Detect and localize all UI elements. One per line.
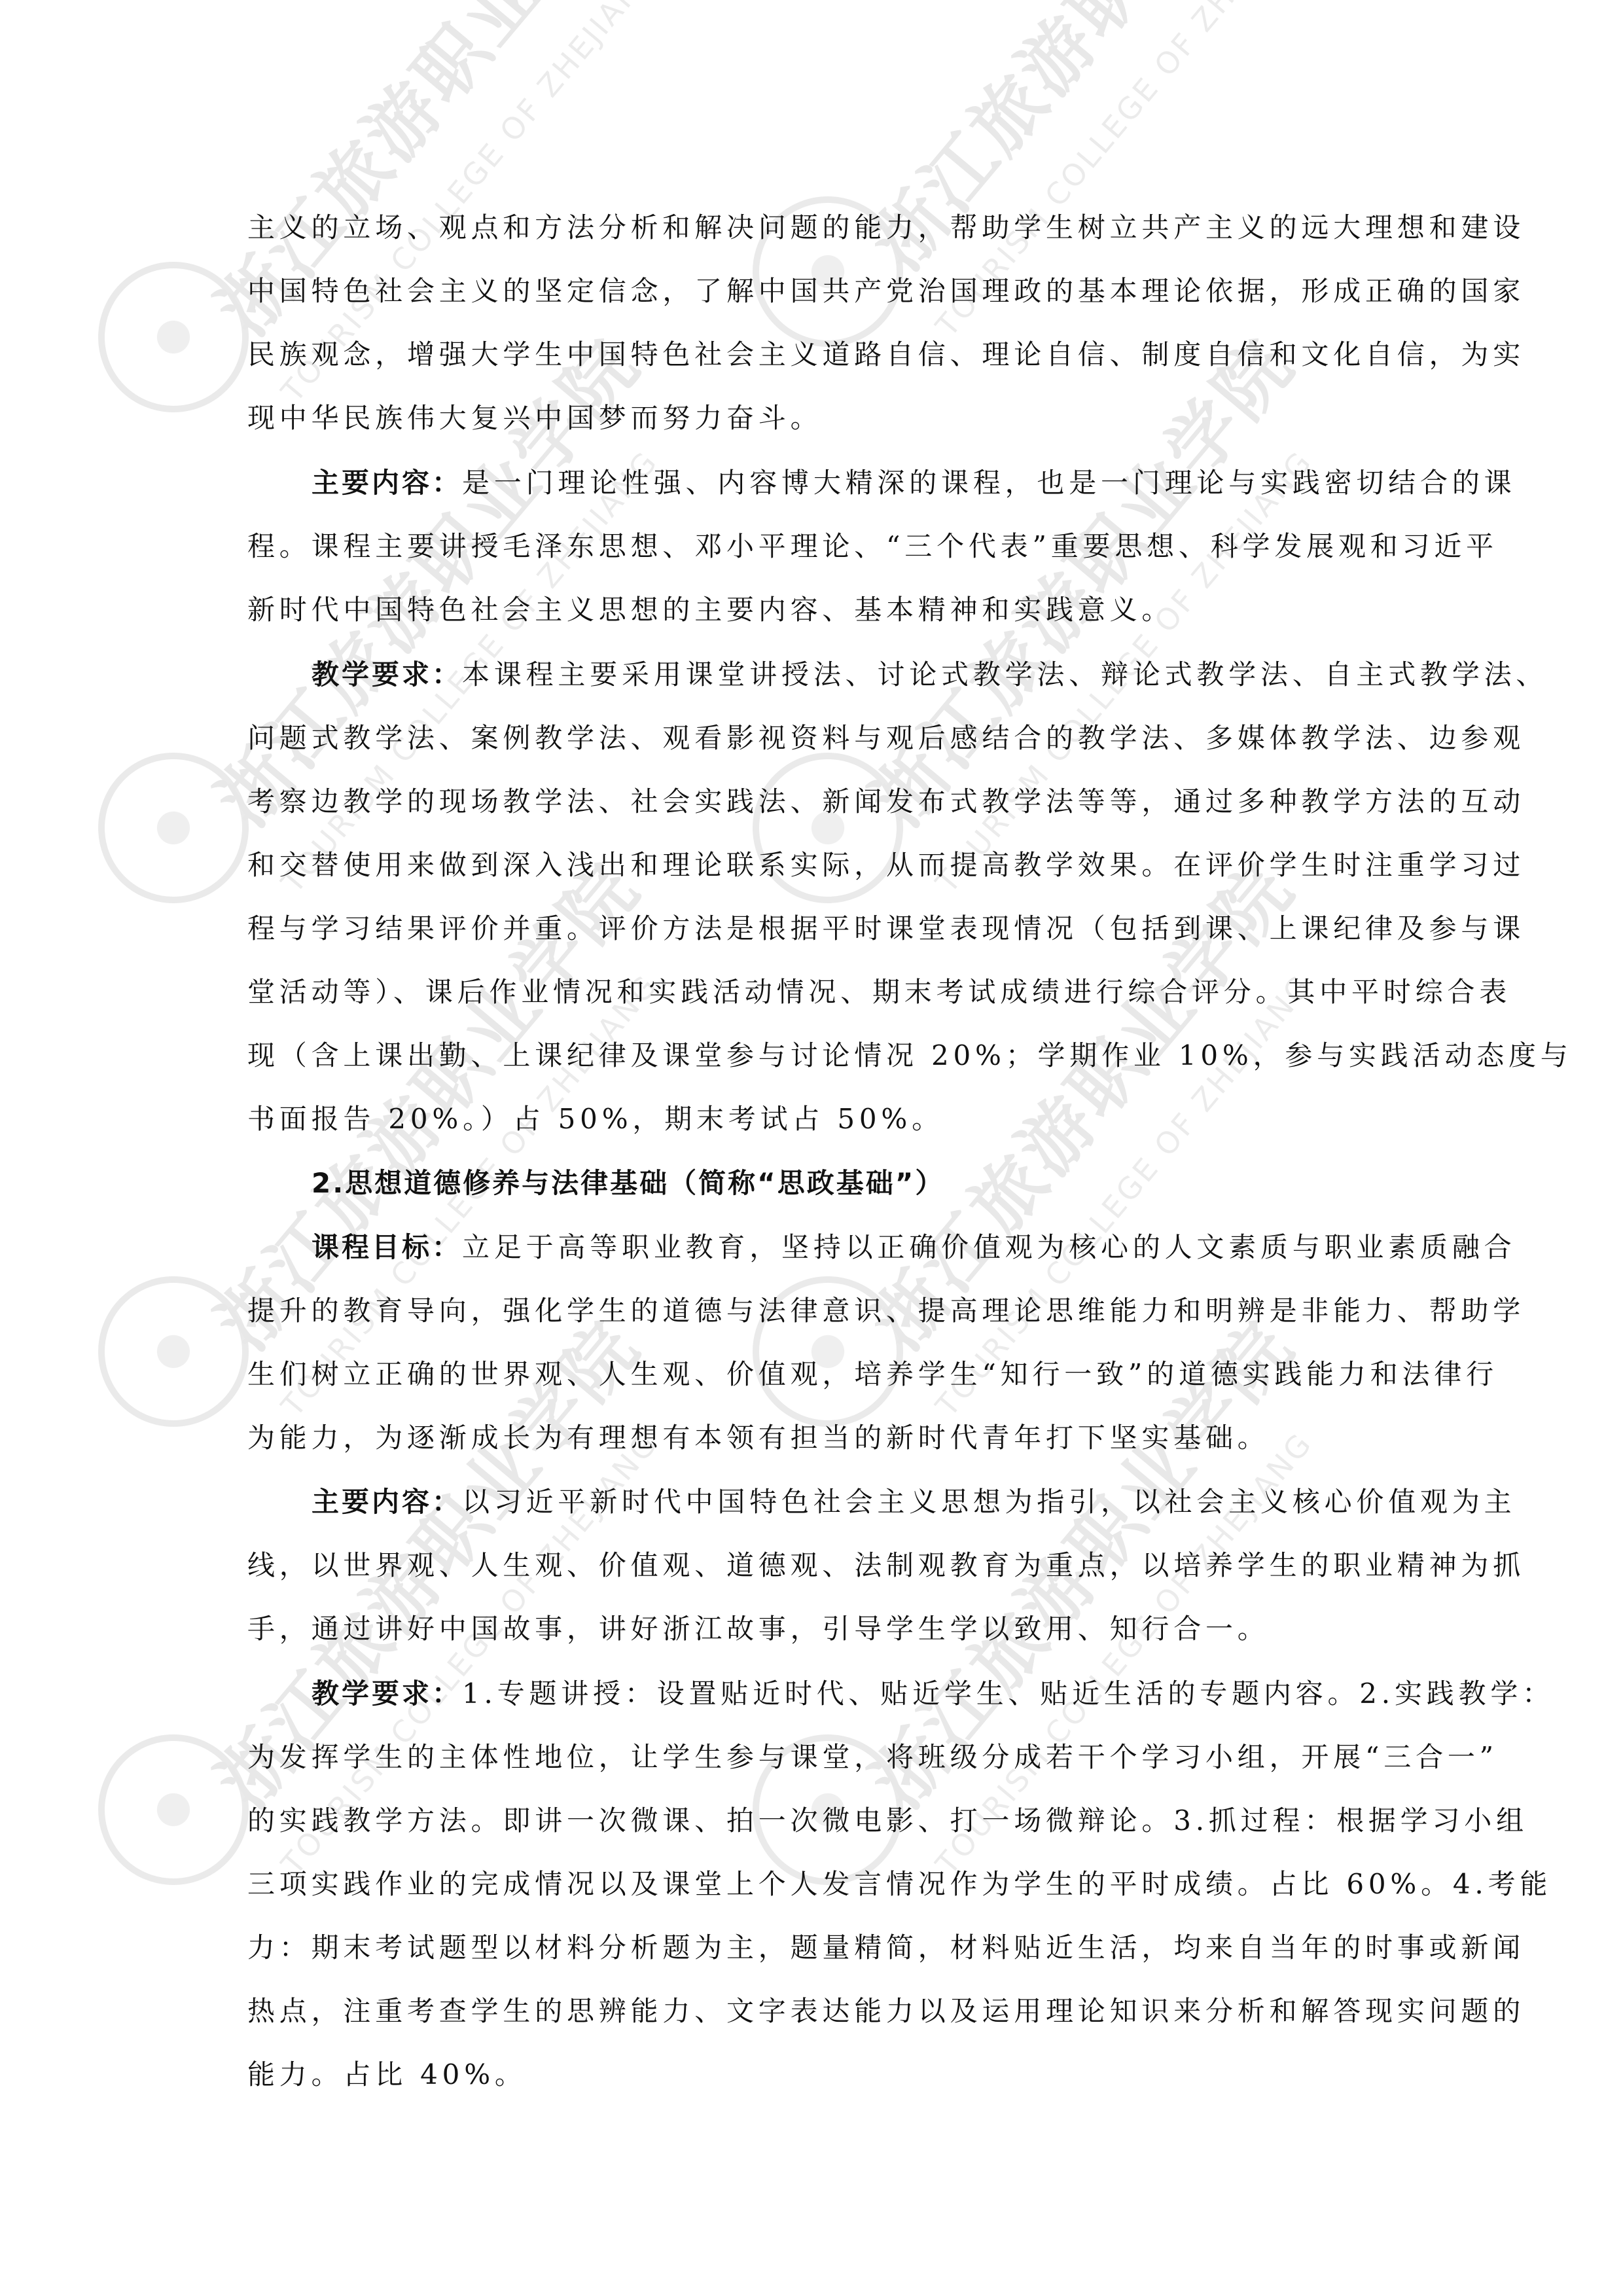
document-page: 浙江旅游职业学院 TOURISM COLLEGE OF ZHEJIANG 浙江旅… [0,0,1623,2296]
body-line: 新时代中国特色社会主义思想的主要内容、基本精神和实践意义。 [247,594,1380,633]
body-text: 是一门理论性强、内容博大精深的课程，也是一门理论与实践密切结合的课 [462,467,1516,499]
body-line: 民族观念，增强大学生中国特色社会主义道路自信、理论自信、制度自信和文化自信，为实 [247,338,1380,378]
body-text: 以习近平新时代中国特色社会主义思想为指引，以社会主义核心价值观为主 [462,1486,1516,1518]
body-text: 立足于高等职业教育，坚持以正确价值观为核心的人文素质与职业素质融合 [462,1231,1516,1263]
body-line: 生们树立正确的世界观、人生观、价值观，培养学生“知行一致”的道德实践能力和法律行 [247,1358,1380,1397]
body-line: 热点，注重考查学生的思辨能力、文字表达能力以及运用理论知识来分析和解答现实问题的 [247,1995,1380,2034]
body-line: 程。课程主要讲授毛泽东思想、邓小平理论、“三个代表”重要思想、科学发展观和习近平 [247,530,1380,569]
paragraph-teaching-requirements: 教学要求：1.专题讲授：设置贴近时代、贴近学生、贴近生活的专题内容。2.实践教学… [312,1677,1380,1717]
paragraph-main-content: 主要内容：以习近平新时代中国特色社会主义思想为指引，以社会主义核心价值观为主 [312,1486,1380,1525]
body-line: 为发挥学生的主体性地位，让学生参与课堂，将班级分成若干个学习小组，开展“三合一” [247,1741,1380,1780]
body-line: 手，通过讲好中国故事，讲好浙江故事，引导学生学以致用、知行合一。 [247,1613,1380,1652]
document-body: 主义的立场、观点和方法分析和解决问题的能力，帮助学生树立共产主义的远大理想和建设… [0,0,1623,2296]
label-course-goal: 课程目标： [312,1231,462,1263]
body-line: 能力。占比 40%。 [247,2058,1380,2098]
body-line: 的实践教学方法。即讲一次微课、拍一次微电影、打一场微辩论。3.抓过程：根据学习小… [247,1804,1380,1844]
body-line: 考察边教学的现场教学法、社会实践法、新闻发布式教学法等等，通过多种教学方法的互动 [247,785,1380,825]
paragraph-teaching-requirements: 教学要求：本课程主要采用课堂讲授法、讨论式教学法、辩论式教学法、自主式教学法、 [312,658,1380,698]
body-line: 程与学习结果评价并重。评价方法是根据平时课堂表现情况（包括到课、上课纪律及参与课 [247,912,1380,952]
body-text: 1.专题讲授：设置贴近时代、贴近学生、贴近生活的专题内容。2.实践教学： [462,1677,1554,1710]
body-line: 堂活动等）、课后作业情况和实践活动情况、期末考试成绩进行综合评分。其中平时综合表 [247,976,1380,1015]
body-line: 为能力，为逐渐成长为有理想有本领有担当的新时代青年打下坚实基础。 [247,1422,1380,1461]
body-line: 和交替使用来做到深入浅出和理论联系实际，从而提高教学效果。在评价学生时注重学习过 [247,849,1380,888]
label-teaching-requirements: 教学要求： [312,1677,462,1710]
body-line: 现中华民族伟大复兴中国梦而努力奋斗。 [247,402,1380,441]
label-teaching-requirements: 教学要求： [312,658,462,691]
section-heading: 2.思想道德修养与法律基础（简称“思政基础”） [312,1167,1380,1206]
body-line: 现（含上课出勤、上课纪律及课堂参与讨论情况 20%；学期作业 10%，参与实践活… [247,1039,1380,1079]
body-line: 书面报告 20%。）占 50%，期末考试占 50%。 [247,1103,1380,1142]
body-line: 主义的立场、观点和方法分析和解决问题的能力，帮助学生树立共产主义的远大理想和建设 [247,211,1380,251]
label-main-content: 主要内容： [312,467,462,499]
body-line: 力：期末考试题型以材料分析题为主，题量精简，材料贴近生活，均来自当年的时事或新闻 [247,1931,1380,1971]
paragraph-main-content: 主要内容：是一门理论性强、内容博大精深的课程，也是一门理论与实践密切结合的课 [312,467,1380,506]
paragraph-course-goal: 课程目标：立足于高等职业教育，坚持以正确价值观为核心的人文素质与职业素质融合 [312,1231,1380,1270]
body-line: 中国特色社会主义的坚定信念，了解中国共产党治国理政的基本理论依据，形成正确的国家 [247,275,1380,314]
body-line: 三项实践作业的完成情况以及课堂上个人发言情况作为学生的平时成绩。占比 60%。4… [247,1868,1380,1907]
body-line: 线，以世界观、人生观、价值观、道德观、法制观教育为重点，以培养学生的职业精神为抓 [247,1549,1380,1588]
body-line: 问题式教学法、案例教学法、观看影视资料与观后感结合的教学法、多媒体教学法、边参观 [247,722,1380,761]
body-text: 本课程主要采用课堂讲授法、讨论式教学法、辩论式教学法、自主式教学法、 [462,658,1548,691]
label-main-content: 主要内容： [312,1486,462,1518]
body-line: 提升的教育导向，强化学生的道德与法律意识、提高理论思维能力和明辨是非能力、帮助学 [247,1295,1380,1334]
